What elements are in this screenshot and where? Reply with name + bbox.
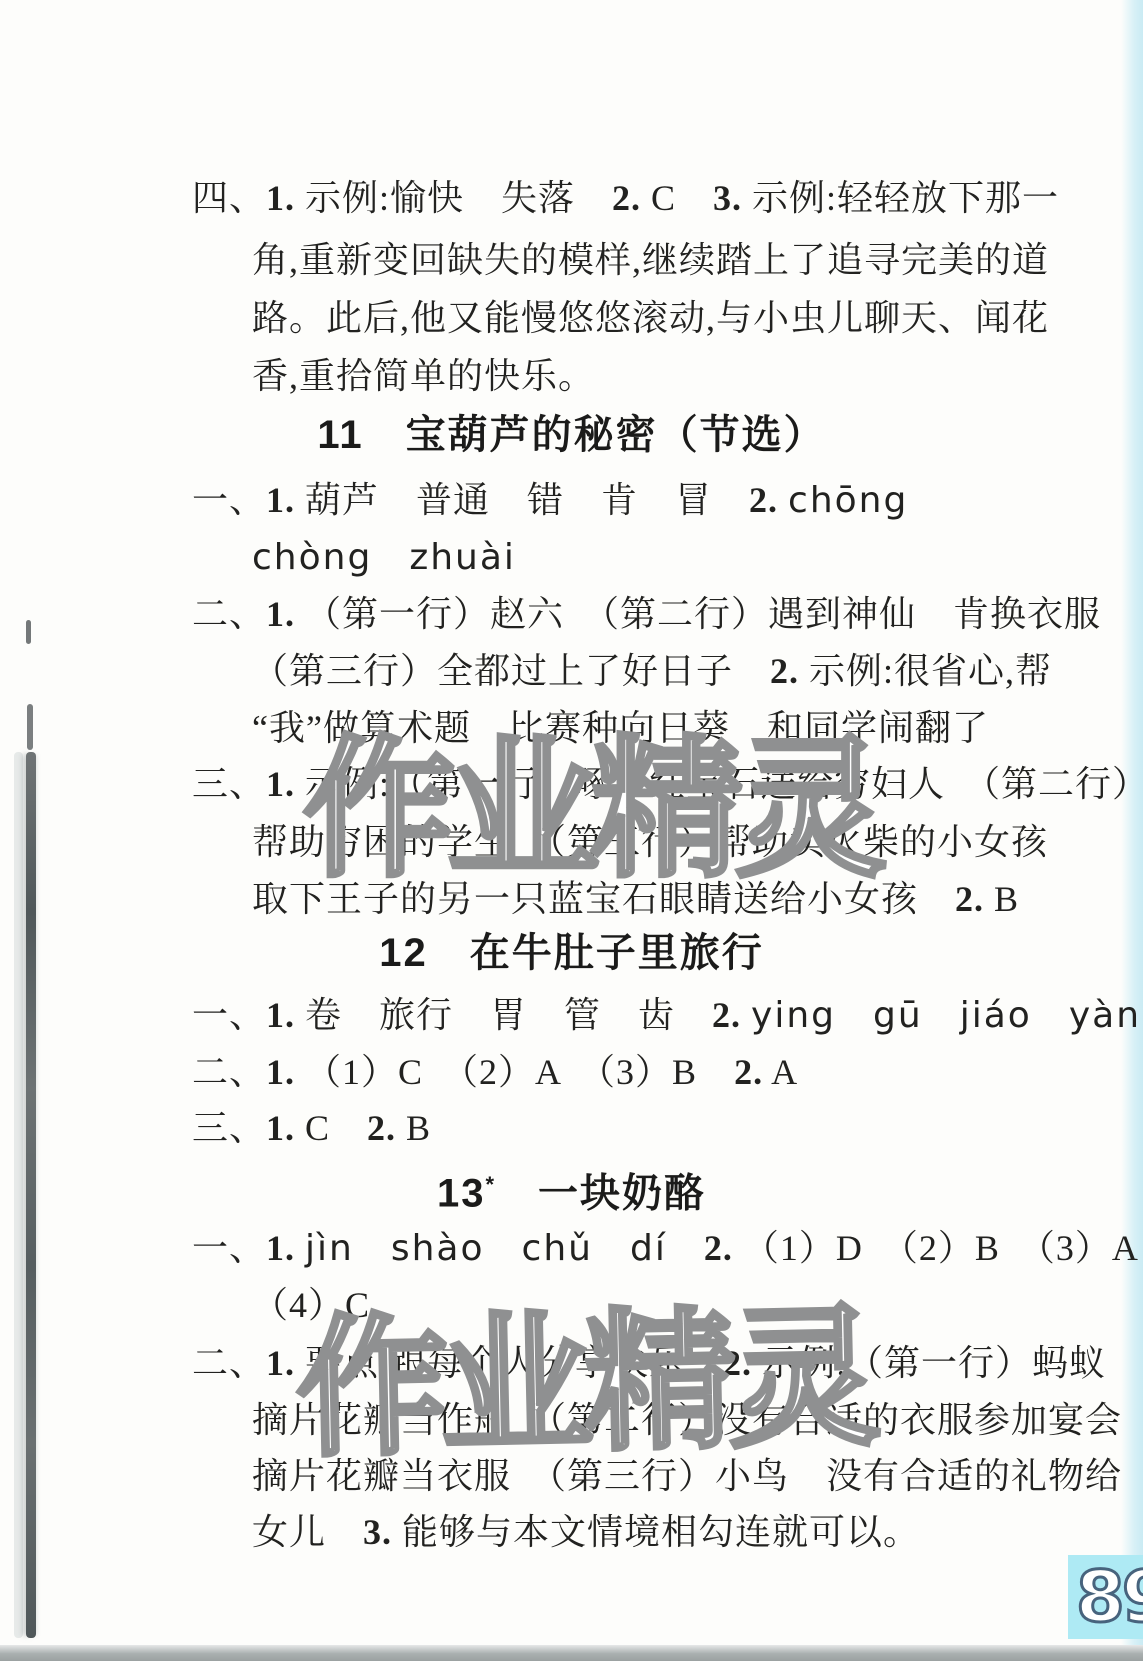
watermark-text: 作业精灵 xyxy=(303,688,879,906)
book-gutter-shadow xyxy=(26,620,31,644)
scanned-answer-page: 四、1. 示例:愉快 失落 2. C 3. 示例:轻轻放下那一角,重新变回缺失的… xyxy=(0,0,1143,1661)
lesson-title: 13* 一块奶酪 xyxy=(0,1163,1143,1215)
book-gutter-shadow xyxy=(14,752,23,1638)
lesson-title: 11 宝葫芦的秘密（节选） xyxy=(0,413,1143,457)
answer-line: chòng zhuài xyxy=(252,535,516,580)
answer-line: 一、1. 卷 旅行 胃 管 齿 2. ying gū jiáo yàn xyxy=(192,993,1141,1038)
answer-line: 二、1. （第一行）赵六 （第二行）遇到神仙 肯换衣服 xyxy=(192,592,1101,636)
answer-line: 三、1. C 2. B xyxy=(192,1106,431,1150)
page-number-badge: 89 xyxy=(1068,1555,1143,1639)
answer-line: 路。此后,他又能慢悠悠滚动,与小虫儿聊天、闻花 xyxy=(252,296,1049,340)
answer-line: （第三行）全都过上了好日子 2. 示例:很省心,帮 xyxy=(252,649,1052,693)
watermark-text: 作业精灵 xyxy=(294,1256,874,1486)
bottom-scan-edge xyxy=(0,1645,1143,1661)
answer-line: 女儿 3. 能够与本文情境相勾连就可以。 xyxy=(252,1510,920,1554)
book-gutter-shadow xyxy=(27,704,33,750)
answer-line: 香,重拾简单的快乐。 xyxy=(252,354,595,398)
answer-line: 一、1. 葫芦 普通 错 肯 冒 2. chōng xyxy=(192,478,908,523)
answer-line: 二、1. （1）C （2）A （3）B 2. A xyxy=(192,1050,798,1094)
answer-line: 四、1. 示例:愉快 失落 2. C 3. 示例:轻轻放下那一 xyxy=(192,176,1059,220)
page-number: 89 xyxy=(1076,1557,1143,1637)
answer-line: 角,重新变回缺失的模样,继续踏上了追寻完美的道 xyxy=(252,238,1049,282)
lesson-title: 12 在牛肚子里旅行 xyxy=(0,931,1143,975)
right-scan-edge-strip xyxy=(1121,0,1143,1661)
book-gutter-shadow xyxy=(26,752,36,1638)
